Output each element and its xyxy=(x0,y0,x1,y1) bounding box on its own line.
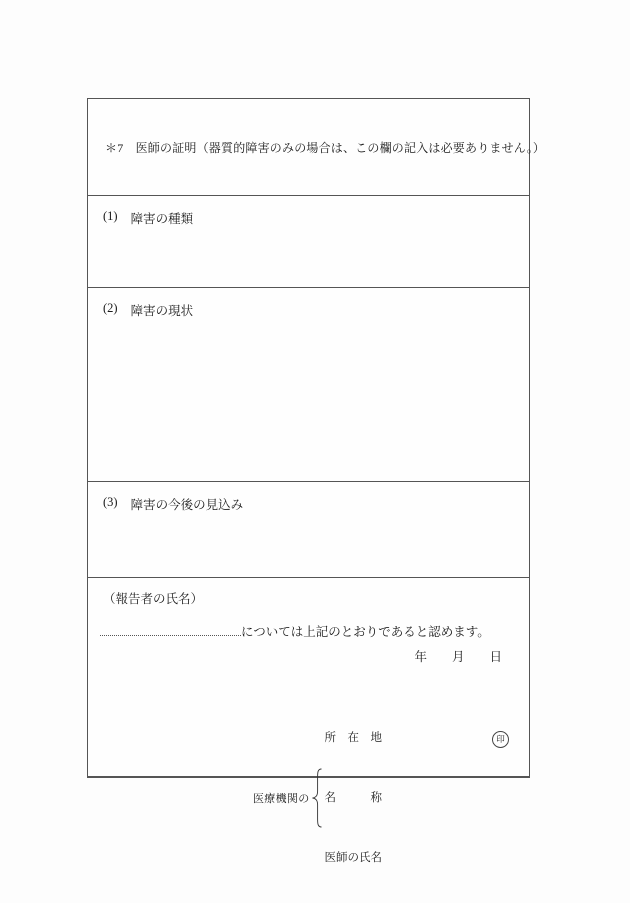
section-number: (2) xyxy=(103,301,118,319)
date-year-month-day: 年 月 日 xyxy=(414,647,502,665)
seal-stamp-icon[interactable]: 印 xyxy=(492,731,509,748)
section-label: (3) 障害の今後の見込み xyxy=(103,495,243,513)
section-number: (3) xyxy=(103,495,118,513)
physician-name-label[interactable]: 医師の氏名 xyxy=(325,848,383,868)
institution-address-label[interactable]: 所 在 地 xyxy=(325,728,383,748)
physician-certification-table: ＊7 医師の証明（器質的障害のみの場合は、この欄の記入は必要ありません。） (1… xyxy=(87,98,530,778)
disability-outlook-entry-area[interactable] xyxy=(90,518,527,575)
certification-statement-line: については上記のとおりであると認めます。 xyxy=(100,620,490,640)
section-title: 障害の種類 xyxy=(131,209,194,227)
institution-name-label[interactable]: 名 称 xyxy=(325,788,383,808)
seal-character: 印 xyxy=(496,735,505,744)
section-disability-current-state: (2) 障害の現状 xyxy=(88,288,529,482)
medical-institution-block: 医療機関の 所 在 地 名 称 医師の氏名 xyxy=(253,688,382,903)
reporter-name-entry-line[interactable] xyxy=(100,620,241,636)
disability-type-entry-area[interactable] xyxy=(90,232,527,285)
section-disability-outlook: (3) 障害の今後の見込み xyxy=(88,482,529,578)
certification-footer-row: （報告者の氏名） については上記のとおりであると認めます。 年 月 日 医療機関… xyxy=(88,578,529,776)
section-number: (1) xyxy=(103,209,118,227)
section-label: (2) 障害の現状 xyxy=(103,301,193,319)
form-header-row: ＊7 医師の証明（器質的障害のみの場合は、この欄の記入は必要ありません。） xyxy=(88,99,529,196)
institution-prefix-label: 医療機関の xyxy=(253,790,310,806)
section-label: (1) 障害の種類 xyxy=(103,209,193,227)
section-disability-type: (1) 障害の種類 xyxy=(88,196,529,288)
document-page: ＊7 医師の証明（器質的障害のみの場合は、この欄の記入は必要ありません。） (1… xyxy=(0,0,630,903)
form-header-text: ＊7 医師の証明（器質的障害のみの場合は、この欄の記入は必要ありません。） xyxy=(105,139,545,156)
certification-statement-text: については上記のとおりであると認めます。 xyxy=(241,625,490,639)
reporter-name-label: （報告者の氏名） xyxy=(103,589,203,607)
section-title: 障害の今後の見込み xyxy=(131,495,244,513)
section-title: 障害の現状 xyxy=(131,301,194,319)
disability-current-state-entry-area[interactable] xyxy=(90,324,527,479)
institution-fields: 所 在 地 名 称 医師の氏名 xyxy=(325,688,383,903)
left-brace-icon xyxy=(311,767,323,829)
